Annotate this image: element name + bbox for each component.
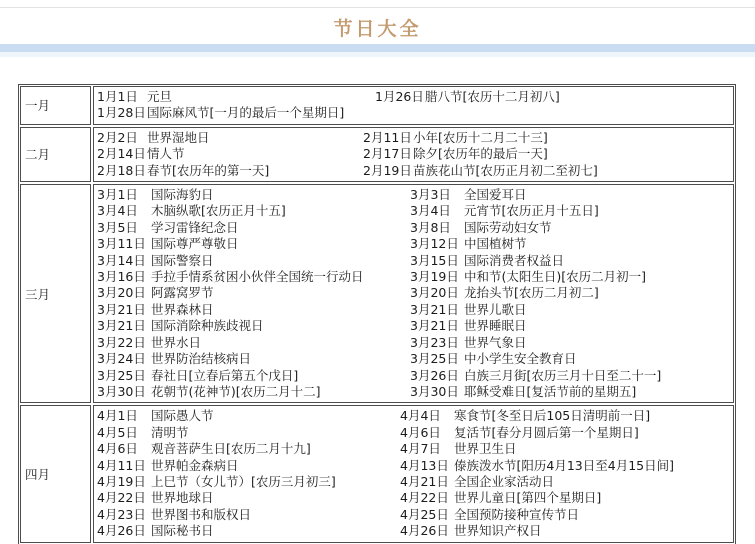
festival-name: 国际消除种族歧视日 xyxy=(151,318,264,333)
festival-date: 3月19日 xyxy=(410,269,464,285)
festival-name: 全国企业家活动日 xyxy=(454,474,554,489)
festival-name: 世界防治结核病日 xyxy=(151,351,251,366)
festival-name: 国际消费者权益日 xyxy=(464,253,564,268)
festival-column-left: 2月2日世界湿地日2月14日情人节2月18日春节[农历年的第一天] xyxy=(97,130,363,179)
festival-name: 傣族泼水节[阳历4月13日至4月15日间] xyxy=(454,458,674,473)
festival-date: 4月13日 xyxy=(400,458,454,474)
festival-name: 世界湿地日 xyxy=(147,130,210,145)
festival-name: 白族三月街[农历三月十日至二十一] xyxy=(464,368,661,383)
festival-item: 4月26日国际秘书日 xyxy=(97,523,400,539)
festival-item: 3月30日耶稣受难日[复活节前的星期五] xyxy=(410,384,733,400)
festival-item: 4月26日世界知识产权日 xyxy=(400,523,733,539)
festival-item: 4月19日上巳节（女儿节）[农历三月初三] xyxy=(97,474,400,490)
festival-name: 国际海豹日 xyxy=(151,187,214,202)
festival-item: 4月22日世界地球日 xyxy=(97,490,400,506)
festival-item: 3月11日国际尊严尊敬日 xyxy=(97,236,410,252)
festival-name: 寒食节[冬至日后105日清明前一日] xyxy=(454,408,650,423)
festival-item: 1月1日元旦 xyxy=(97,89,375,105)
festival-item: 4月7日世界卫生日 xyxy=(400,441,733,457)
festival-name: 耶稣受难日[复活节前的星期五] xyxy=(464,384,636,399)
festival-name: 复活节[春分月圆后第一个星期日] xyxy=(454,425,639,440)
festival-item: 3月16日手拉手情系贫困小伙伴全国统一行动日 xyxy=(97,269,410,285)
festival-date: 2月17日 xyxy=(363,146,413,162)
festival-item: 3月30日花朝节(花神节)[农历二月十二] xyxy=(97,384,410,400)
festival-name: 世界儿童日[第四个星期日] xyxy=(454,490,601,505)
festival-item: 2月14日情人节 xyxy=(97,146,363,162)
festival-date: 3月30日 xyxy=(410,384,464,400)
festival-item: 3月21日世界睡眠日 xyxy=(410,318,733,334)
month-label-cell: 二月 xyxy=(20,127,91,182)
festival-item: 2月11日小年[农历十二月二十三] xyxy=(363,130,733,146)
festival-item: 3月19日中和节(太阳生日)[农历二月初一] xyxy=(410,269,733,285)
festival-date: 3月16日 xyxy=(97,269,151,285)
festival-item: 4月4日寒食节[冬至日后105日清明前一日] xyxy=(400,408,733,424)
festival-item: 3月23日世界气象日 xyxy=(410,335,733,351)
festival-item: 3月20日龙抬头节[农历二月初二] xyxy=(410,285,733,301)
festival-name: 世界图书和版权日 xyxy=(151,507,251,522)
festival-name: 世界水日 xyxy=(151,335,201,350)
festival-date: 1月26日 xyxy=(375,89,425,105)
festival-date: 4月22日 xyxy=(400,490,454,506)
festival-name: 世界睡眠日 xyxy=(464,318,527,333)
festival-name: 世界知识产权日 xyxy=(454,523,542,538)
festival-name: 龙抬头节[农历二月初二] xyxy=(464,285,599,300)
festival-date: 3月12日 xyxy=(410,236,464,252)
festival-date: 3月26日 xyxy=(410,368,464,384)
festival-item: 3月20日阿露窝罗节 xyxy=(97,285,410,301)
festival-item: 4月13日傣族泼水节[阳历4月13日至4月15日间] xyxy=(400,458,733,474)
festival-date: 3月21日 xyxy=(410,318,464,334)
festival-date: 3月25日 xyxy=(410,351,464,367)
festival-item: 3月21日国际消除种族歧视日 xyxy=(97,318,410,334)
festival-date: 4月25日 xyxy=(400,507,454,523)
festival-date: 4月6日 xyxy=(400,425,454,441)
festival-name: 春社日[立春后第五个戊日] xyxy=(151,368,298,383)
festival-name: 木脑纵歌[农历正月十五] xyxy=(151,203,286,218)
festival-name: 国际劳动妇女节 xyxy=(464,220,552,235)
festival-item: 3月5日学习雷锋纪念日 xyxy=(97,220,410,236)
festival-item: 2月2日世界湿地日 xyxy=(97,130,363,146)
festival-item: 3月25日春社日[立春后第五个戊日] xyxy=(97,368,410,384)
festival-name: 元宵节[农历正月十五日] xyxy=(464,203,599,218)
festival-date: 4月23日 xyxy=(97,507,151,523)
month-content-cell: 4月1日国际愚人节4月5日清明节4月6日观音菩萨生日[农历二月十九]4月11日世… xyxy=(93,405,734,542)
festival-name: 清明节 xyxy=(151,425,189,440)
festival-column-right: 1月26日腊八节[农历十二月初八] xyxy=(375,89,733,122)
festival-date: 1月28日 xyxy=(97,105,147,121)
month-label-cell: 一月 xyxy=(20,86,91,125)
festival-date: 2月18日 xyxy=(97,163,147,179)
festival-name: 阿露窝罗节 xyxy=(151,285,214,300)
festival-name: 小年[农历十二月二十三] xyxy=(413,130,548,145)
festival-date: 3月22日 xyxy=(97,335,151,351)
festival-item: 3月14日国际警察日 xyxy=(97,253,410,269)
festival-item: 3月15日国际消费者权益日 xyxy=(410,253,733,269)
festival-column-left: 1月1日元旦1月28日国际麻风节[一月的最后一个星期日] xyxy=(97,89,375,122)
festival-item: 3月12日中国植树节 xyxy=(410,236,733,252)
festival-date: 3月5日 xyxy=(97,220,151,236)
festival-name: 学习雷锋纪念日 xyxy=(151,220,239,235)
month-label: 四月 xyxy=(25,465,50,483)
festival-table: 一月1月1日元旦1月28日国际麻风节[一月的最后一个星期日]1月26日腊八节[农… xyxy=(18,84,736,544)
festival-column-right: 3月3日全国爱耳日3月4日元宵节[农历正月十五日]3月8日国际劳动妇女节3月12… xyxy=(410,187,733,400)
festival-item: 3月26日白族三月街[农历三月十日至二十一] xyxy=(410,368,733,384)
festival-name: 手拉手情系贫困小伙伴全国统一行动日 xyxy=(151,269,364,284)
festival-date: 3月24日 xyxy=(97,351,151,367)
festival-date: 4月19日 xyxy=(97,474,151,490)
festival-name: 世界地球日 xyxy=(151,490,214,505)
festival-name: 世界森林日 xyxy=(151,302,214,317)
festival-item: 3月21日世界森林日 xyxy=(97,302,410,318)
festival-name: 全国预防接种宣传节日 xyxy=(454,507,579,522)
festival-item: 4月11日世界帕金森病日 xyxy=(97,458,400,474)
festival-date: 3月21日 xyxy=(410,302,464,318)
festival-item: 3月4日元宵节[农历正月十五日] xyxy=(410,203,733,219)
month-label-cell: 三月 xyxy=(20,184,91,403)
festival-name: 中小学生安全教育日 xyxy=(464,351,577,366)
page-title: 节日大全 xyxy=(0,14,755,44)
month-content-cell: 2月2日世界湿地日2月14日情人节2月18日春节[农历年的第一天]2月11日小年… xyxy=(93,127,734,182)
festival-name: 世界气象日 xyxy=(464,335,527,350)
festival-date: 4月5日 xyxy=(97,425,151,441)
month-row: 一月1月1日元旦1月28日国际麻风节[一月的最后一个星期日]1月26日腊八节[农… xyxy=(20,86,734,125)
festival-date: 3月25日 xyxy=(97,368,151,384)
month-label-cell: 四月 xyxy=(20,405,91,542)
festival-date: 4月7日 xyxy=(400,441,454,457)
festival-date: 4月21日 xyxy=(400,474,454,490)
header-bar-light xyxy=(0,52,755,57)
festival-column-left: 3月1日国际海豹日3月4日木脑纵歌[农历正月十五]3月5日学习雷锋纪念日3月11… xyxy=(97,187,410,400)
festival-name: 国际尊严尊敬日 xyxy=(151,236,239,251)
festival-item: 4月25日全国预防接种宣传节日 xyxy=(400,507,733,523)
festival-date: 4月1日 xyxy=(97,408,151,424)
festival-name: 世界帕金森病日 xyxy=(151,458,239,473)
header-bar xyxy=(0,44,755,52)
festival-item: 4月5日清明节 xyxy=(97,425,400,441)
festival-name: 全国爱耳日 xyxy=(464,187,527,202)
festival-item: 4月23日世界图书和版权日 xyxy=(97,507,400,523)
festival-item: 3月3日全国爱耳日 xyxy=(410,187,733,203)
festival-item: 1月26日腊八节[农历十二月初八] xyxy=(375,89,733,105)
festival-date: 4月11日 xyxy=(97,458,151,474)
festival-date: 1月1日 xyxy=(97,89,147,105)
month-content-cell: 1月1日元旦1月28日国际麻风节[一月的最后一个星期日]1月26日腊八节[农历十… xyxy=(93,86,734,125)
festival-item: 3月22日世界水日 xyxy=(97,335,410,351)
festival-item: 4月6日观音菩萨生日[农历二月十九] xyxy=(97,441,400,457)
festival-item: 4月22日世界儿童日[第四个星期日] xyxy=(400,490,733,506)
festival-item: 3月4日木脑纵歌[农历正月十五] xyxy=(97,203,410,219)
festival-item: 2月17日除夕[农历年的最后一天] xyxy=(363,146,733,162)
festival-item: 3月25日中小学生安全教育日 xyxy=(410,351,733,367)
festival-date: 3月4日 xyxy=(97,203,151,219)
festival-column-right: 4月4日寒食节[冬至日后105日清明前一日]4月6日复活节[春分月圆后第一个星期… xyxy=(400,408,733,539)
festival-item: 4月6日复活节[春分月圆后第一个星期日] xyxy=(400,425,733,441)
festival-item: 2月18日春节[农历年的第一天] xyxy=(97,163,363,179)
month-row: 二月2月2日世界湿地日2月14日情人节2月18日春节[农历年的第一天]2月11日… xyxy=(20,127,734,182)
month-content-cell: 3月1日国际海豹日3月4日木脑纵歌[农历正月十五]3月5日学习雷锋纪念日3月11… xyxy=(93,184,734,403)
festival-item: 3月8日国际劳动妇女节 xyxy=(410,220,733,236)
festival-item: 4月21日全国企业家活动日 xyxy=(400,474,733,490)
festival-name: 国际愚人节 xyxy=(151,408,214,423)
festival-date: 2月11日 xyxy=(363,130,413,146)
festival-name: 苗族花山节[农历正月初二至初七] xyxy=(413,163,598,178)
festival-name: 腊八节[农历十二月初八] xyxy=(425,89,560,104)
festival-item: 2月19日苗族花山节[农历正月初二至初七] xyxy=(363,163,733,179)
festival-date: 3月15日 xyxy=(410,253,464,269)
festival-name: 元旦 xyxy=(147,89,172,104)
month-label: 一月 xyxy=(25,96,50,114)
festival-date: 2月2日 xyxy=(97,130,147,146)
festival-item: 3月24日世界防治结核病日 xyxy=(97,351,410,367)
festival-name: 中和节(太阳生日)[农历二月初一] xyxy=(464,269,646,284)
festival-date: 3月3日 xyxy=(410,187,464,203)
festival-name: 世界卫生日 xyxy=(454,441,517,456)
month-label: 二月 xyxy=(25,145,50,163)
festival-date: 3月23日 xyxy=(410,335,464,351)
festival-item: 3月21日世界儿歌日 xyxy=(410,302,733,318)
festival-name: 国际麻风节[一月的最后一个星期日] xyxy=(147,105,344,120)
festival-date: 2月19日 xyxy=(363,163,413,179)
festival-date: 3月1日 xyxy=(97,187,151,203)
festival-date: 4月26日 xyxy=(400,523,454,539)
festival-item: 3月1日国际海豹日 xyxy=(97,187,410,203)
festival-date: 3月30日 xyxy=(97,384,151,400)
festival-date: 2月14日 xyxy=(97,146,147,162)
festival-date: 4月6日 xyxy=(97,441,151,457)
month-row: 四月4月1日国际愚人节4月5日清明节4月6日观音菩萨生日[农历二月十九]4月11… xyxy=(20,405,734,542)
festival-date: 3月14日 xyxy=(97,253,151,269)
festival-date: 3月4日 xyxy=(410,203,464,219)
festival-date: 4月4日 xyxy=(400,408,454,424)
festival-column-right: 2月11日小年[农历十二月二十三]2月17日除夕[农历年的最后一天]2月19日苗… xyxy=(363,130,733,179)
festival-date: 3月8日 xyxy=(410,220,464,236)
festival-name: 春节[农历年的第一天] xyxy=(147,163,269,178)
festival-name: 观音菩萨生日[农历二月十九] xyxy=(151,441,311,456)
festival-date: 4月22日 xyxy=(97,490,151,506)
festival-date: 3月20日 xyxy=(410,285,464,301)
festival-name: 上巳节（女儿节）[农历三月初三] xyxy=(151,474,336,489)
festival-item: 4月1日国际愚人节 xyxy=(97,408,400,424)
festival-name: 花朝节(花神节)[农历二月十二] xyxy=(151,384,321,399)
festival-item: 1月28日国际麻风节[一月的最后一个星期日] xyxy=(97,105,375,121)
festival-name: 国际秘书日 xyxy=(151,523,214,538)
festival-date: 4月26日 xyxy=(97,523,151,539)
festival-name: 情人节 xyxy=(147,146,185,161)
festival-date: 3月11日 xyxy=(97,236,151,252)
festival-name: 国际警察日 xyxy=(151,253,214,268)
festival-date: 3月21日 xyxy=(97,318,151,334)
festival-name: 中国植树节 xyxy=(464,236,527,251)
month-label: 三月 xyxy=(25,285,50,303)
festival-column-left: 4月1日国际愚人节4月5日清明节4月6日观音菩萨生日[农历二月十九]4月11日世… xyxy=(97,408,400,539)
top-divider xyxy=(0,7,755,8)
month-row: 三月3月1日国际海豹日3月4日木脑纵歌[农历正月十五]3月5日学习雷锋纪念日3月… xyxy=(20,184,734,403)
festival-name: 世界儿歌日 xyxy=(464,302,527,317)
festival-date: 3月21日 xyxy=(97,302,151,318)
festival-date: 3月20日 xyxy=(97,285,151,301)
festival-name: 除夕[农历年的最后一天] xyxy=(413,146,548,161)
